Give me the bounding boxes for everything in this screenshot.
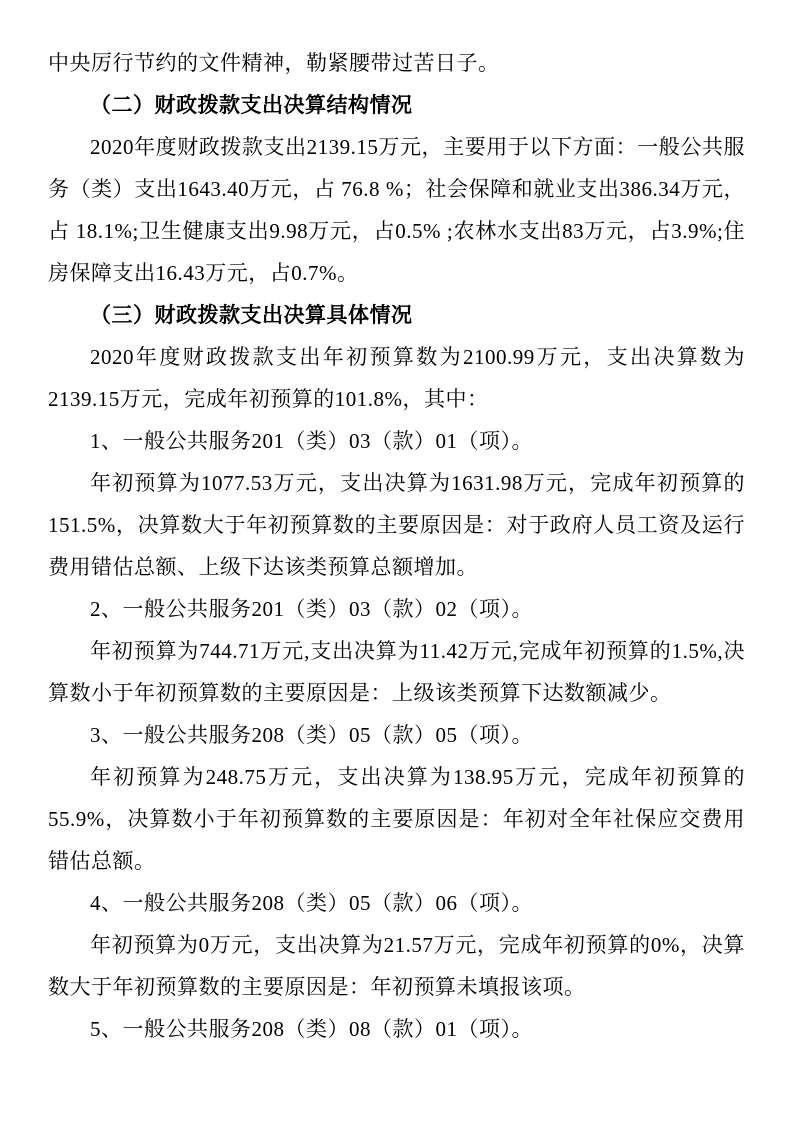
paragraph-body: 2020年度财政拨款支出2139.15万元，主要用于以下方面：一般公共服务（类）… xyxy=(48,126,745,294)
paragraph-heading: （二）财政拨款支出决算结构情况 xyxy=(48,84,745,126)
document-text-body: 中央厉行节约的文件精神，勒紧腰带过苦日子。（二）财政拨款支出决算结构情况2020… xyxy=(48,42,745,1050)
paragraph-item: 5、一般公共服务208（类）08（款）01（项）。 xyxy=(48,1008,745,1050)
paragraph-item: 2、一般公共服务201（类）03（款）02（项）。 xyxy=(48,588,745,630)
paragraph-body: 年初预算为0万元，支出决算为21.57万元，完成年初预算的0%，决算数大于年初预… xyxy=(48,924,745,1008)
paragraph-body: 2020年度财政拨款支出年初预算数为2100.99万元，支出决算数为2139.1… xyxy=(48,336,745,420)
paragraph-body: 年初预算为248.75万元，支出决算为138.95万元，完成年初预算的55.9%… xyxy=(48,756,745,882)
paragraph-body: 年初预算为1077.53万元，支出决算为1631.98万元，完成年初预算的151… xyxy=(48,462,745,588)
paragraph-body: 年初预算为744.71万元,支出决算为11.42万元,完成年初预算的1.5%,决… xyxy=(48,630,745,714)
paragraph-heading: （三）财政拨款支出决算具体情况 xyxy=(48,294,745,336)
paragraph-item: 1、一般公共服务201（类）03（款）01（项）。 xyxy=(48,420,745,462)
paragraph-item: 3、一般公共服务208（类）05（款）05（项）。 xyxy=(48,714,745,756)
paragraph-item: 4、一般公共服务208（类）05（款）06（项）。 xyxy=(48,882,745,924)
document-page: 中央厉行节约的文件精神，勒紧腰带过苦日子。（二）财政拨款支出决算结构情况2020… xyxy=(0,0,793,1122)
paragraph-continuation: 中央厉行节约的文件精神，勒紧腰带过苦日子。 xyxy=(48,42,745,84)
